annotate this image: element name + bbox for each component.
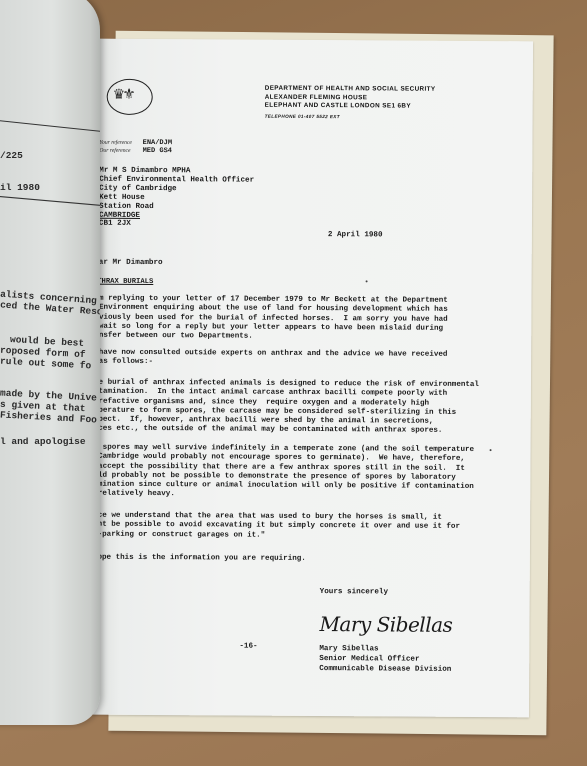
department-address: ELEPHANT AND CASTLE LONDON SE1 6BY [265, 102, 436, 112]
recipient-street: Station Road [99, 202, 254, 212]
left-fragment: /225 [0, 150, 23, 161]
paragraph-4: The spores may well survive indefinitely… [84, 444, 524, 502]
paragraph-1: I am replying to your letter of 17 Decem… [85, 295, 525, 344]
your-reference-label: Your reference [99, 140, 138, 146]
paragraph-6: I hope this is the information you are r… [84, 554, 524, 566]
page-rule [0, 194, 100, 206]
page-rule [0, 118, 100, 133]
left-fragment: l and apologise [0, 436, 86, 447]
telephone: TELEPHONE 01-407 5522 EXT [265, 112, 436, 122]
paper-speck [490, 449, 492, 451]
letter-date: 2 April 1980 [328, 231, 383, 239]
signatory-division: Communicable Disease Division [319, 664, 451, 675]
our-reference-label: Our reference [99, 148, 138, 154]
references: Your reference ENA/DJM Our reference MED… [99, 139, 172, 155]
paragraph-5: Since we understand that the area that w… [84, 512, 524, 543]
paragraph-3: "The burial of anthrax infected animals … [85, 379, 525, 437]
recipient-address: Mr M S Dimambro MPHA Chief Environmental… [99, 167, 254, 230]
letterhead: DEPARTMENT OF HEALTH AND SOCIAL SECURITY… [265, 85, 436, 122]
left-fragment: il 1980 [0, 182, 40, 193]
closing: Yours sincerely [320, 588, 388, 596]
paragraph-2: We have now consulted outside experts on… [85, 349, 525, 370]
handwritten-signature: Mary Sibellas [319, 612, 452, 637]
recipient-building: Kett House [99, 193, 254, 203]
royal-crest-icon: ♛⚜ [107, 79, 153, 115]
page-number: -16- [239, 643, 257, 651]
your-reference-value: ENA/DJM [143, 139, 172, 147]
salutation: Dear Mr Dimambro [90, 259, 163, 267]
our-reference-value: MED GS4 [143, 147, 172, 155]
recipient-postcode: CB1 2JX [99, 220, 254, 230]
paper-speck [366, 280, 368, 282]
signature-block: Mary Sibellas Senior Medical Officer Com… [319, 644, 451, 675]
letter-page: ♛⚜ DEPARTMENT OF HEALTH AND SOCIAL SECUR… [93, 39, 533, 718]
left-facing-page: /225 il 1980 alists concerning ced the W… [0, 0, 100, 725]
